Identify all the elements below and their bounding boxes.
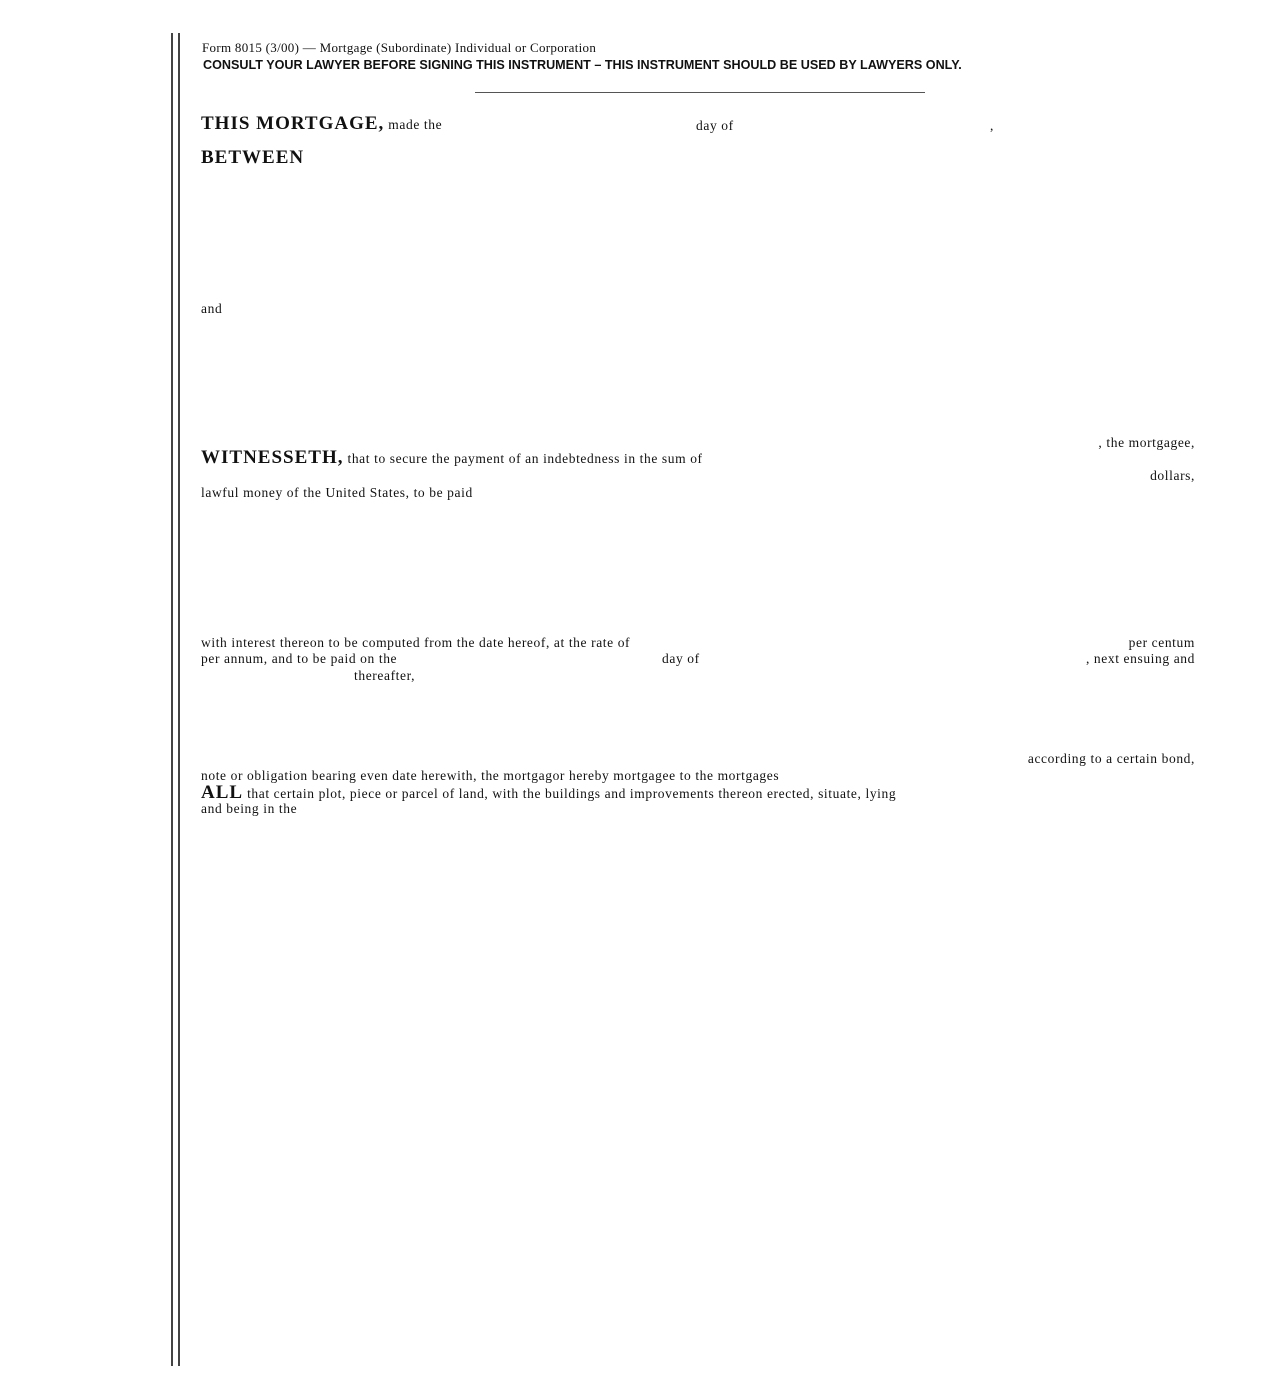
header-divider bbox=[475, 92, 925, 93]
date-comma: , bbox=[990, 118, 994, 134]
interest-rate-text: with interest thereon to be computed fro… bbox=[201, 635, 630, 651]
all-heading: ALL bbox=[201, 782, 243, 803]
mortgagee-label: , the mortgagee, bbox=[1098, 435, 1195, 451]
witnesseth-line: WITNESSETH, that to secure the payment o… bbox=[201, 447, 703, 469]
payment-day-of-label: day of bbox=[662, 651, 700, 667]
and-label: and bbox=[201, 301, 222, 317]
thereafter-label: thereafter, bbox=[354, 668, 415, 684]
all-parcel-line: ALL that certain plot, piece or parcel o… bbox=[201, 782, 896, 804]
paid-on-text: per annum, and to be paid on the bbox=[201, 651, 397, 667]
witnesseth-text: that to secure the payment of an indebte… bbox=[347, 451, 702, 466]
being-in-text: and being in the bbox=[201, 801, 297, 817]
next-ensuing-label: , next ensuing and bbox=[1086, 651, 1195, 667]
witnesseth-heading: WITNESSETH, bbox=[201, 447, 343, 468]
between-heading: BETWEEN bbox=[201, 147, 304, 169]
form-identifier: Form 8015 (3/00) — Mortgage (Subordinate… bbox=[202, 40, 596, 56]
opening-heading: THIS MORTGAGE, bbox=[201, 113, 384, 134]
made-the-label: made the bbox=[388, 117, 442, 132]
parcel-text: that certain plot, piece or parcel of la… bbox=[247, 786, 896, 801]
according-bond-text: according to a certain bond, bbox=[1028, 751, 1195, 767]
per-centum-label: per centum bbox=[1129, 635, 1195, 651]
lawyer-warning: CONSULT YOUR LAWYER BEFORE SIGNING THIS … bbox=[203, 58, 962, 72]
dollars-label: dollars, bbox=[1150, 468, 1195, 484]
left-margin-rule-inner bbox=[178, 33, 180, 1366]
day-of-label: day of bbox=[696, 118, 734, 134]
mortgage-opening: THIS MORTGAGE, made the bbox=[201, 113, 442, 135]
left-margin-rule bbox=[171, 33, 173, 1366]
lawful-money-text: lawful money of the United States, to be… bbox=[201, 485, 473, 501]
